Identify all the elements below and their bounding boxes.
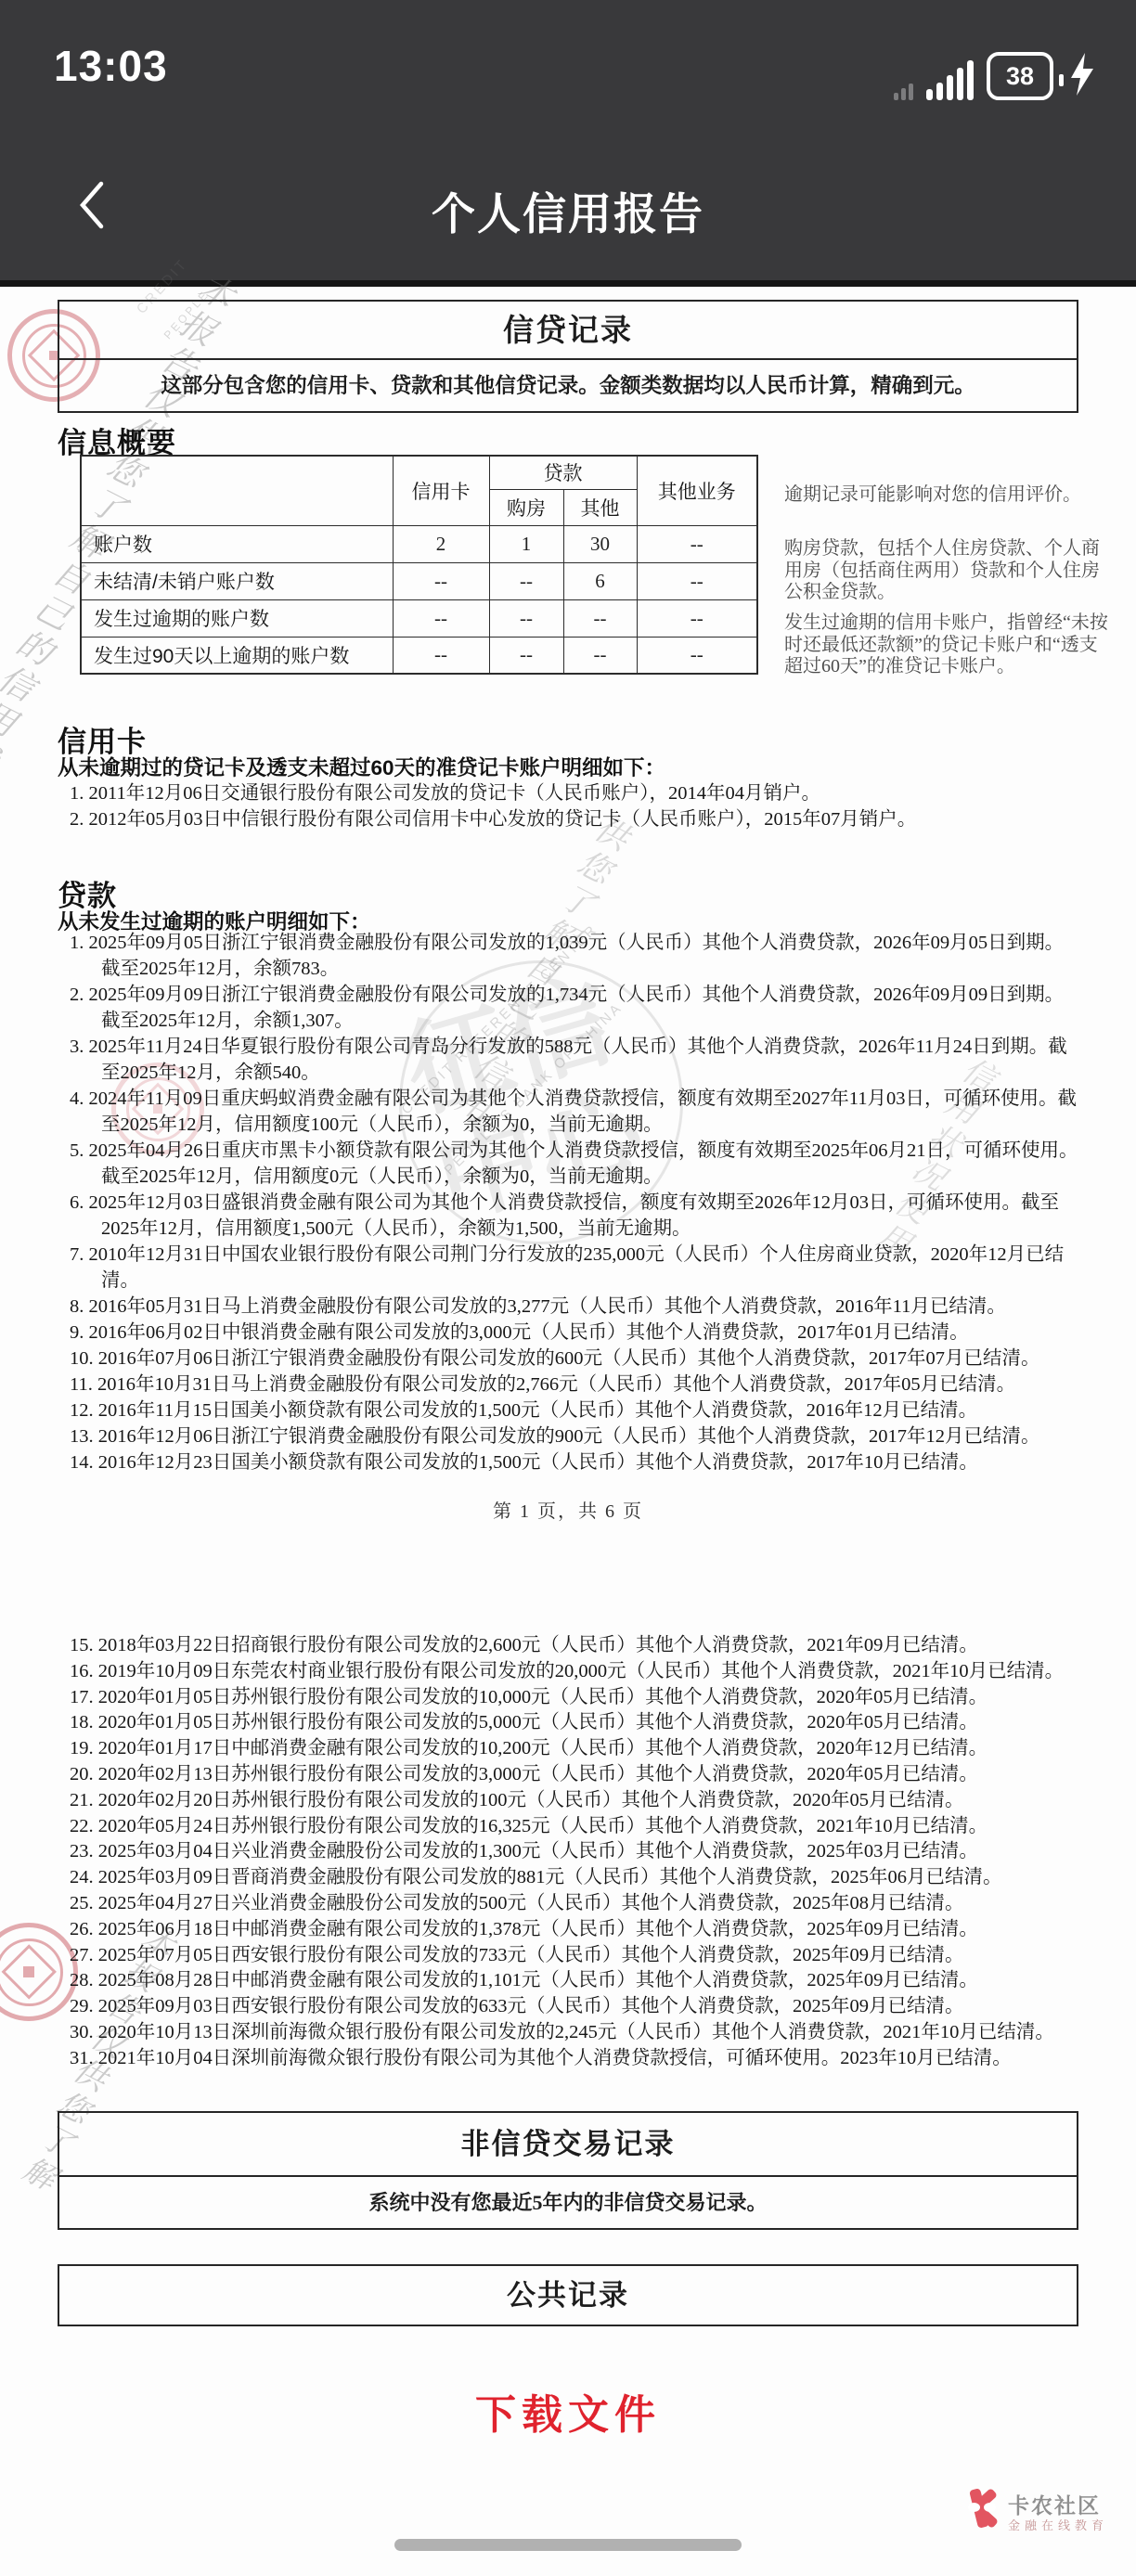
- status-and-nav-header: 13:03 38 个人信用报告: [0, 0, 1136, 280]
- list-item: 7. 2010年12月31日中国农业银行股份有限公司荆门分行发放的235,000…: [70, 1242, 1079, 1294]
- list-item: 2. 2012年05月03日中信银行股份有限公司信用卡中心发放的贷记卡（人民币账…: [70, 806, 1079, 832]
- non-credit-box: 非信贷交易记录 系统中没有您最近5年内的非信贷交易记录。: [58, 2111, 1078, 2230]
- table-row: 未结清/未销户账户数 -- -- 6 --: [81, 562, 757, 599]
- col-other-biz: 其他业务: [637, 456, 757, 525]
- cell-value: 2: [393, 525, 489, 562]
- summary-note: 逾期记录可能影响对您的信用评价。: [784, 484, 1111, 507]
- credit-records-desc: 这部分包含您的信用卡、贷款和其他信贷记录。金额类数据均以人民币计算，精确到元。: [59, 360, 1077, 411]
- list-item: 27. 2025年07月05日西安银行股份有限公司发放的733元（人民币）其他个…: [70, 1943, 1079, 1969]
- loan-list-page1: 1. 2025年09月05日浙江宁银消费金融股份有限公司发放的1,039元（人民…: [70, 930, 1079, 1475]
- row-label: 未结清/未销户账户数: [81, 562, 393, 599]
- secondary-signal-icon: [891, 84, 913, 100]
- list-item: 29. 2025年09月03日西安银行股份有限公司发放的633元（人民币）其他个…: [70, 1994, 1079, 2020]
- battery-icon: 38: [987, 52, 1053, 100]
- list-item: 18. 2020年01月05日苏州银行股份有限公司发放的5,000元（人民币）其…: [70, 1710, 1079, 1736]
- list-item: 12. 2016年11月15日国美小额贷款有限公司发放的1,500元（人民币）其…: [70, 1397, 1079, 1423]
- row-label: 发生过90天以上逾期的账户数: [81, 637, 393, 674]
- charging-bolt-icon: [1069, 53, 1095, 100]
- list-item: 8. 2016年05月31日马上消费金融股份有限公司发放的3,277元（人民币）…: [70, 1294, 1079, 1320]
- list-item: 1. 2025年09月05日浙江宁银消费金融股份有限公司发放的1,039元（人民…: [70, 930, 1079, 982]
- list-item: 5. 2025年04月26日重庆市黑卡小额贷款有限公司为其他个人消费贷款授信，额…: [70, 1138, 1079, 1190]
- list-item: 24. 2025年03月09日晋商消费金融股份有限公司发放的881元（人民币）其…: [70, 1865, 1079, 1891]
- brand-tagline: 金融在线教育: [1008, 2516, 1108, 2533]
- list-item: 9. 2016年06月02日中银消费金融有限公司发放的3,000元（人民币）其他…: [70, 1320, 1079, 1346]
- download-file-button[interactable]: 下载文件: [0, 2381, 1136, 2441]
- credit-records-box: 信贷记录 这部分包含您的信用卡、贷款和其他信贷记录。金额类数据均以人民币计算，精…: [58, 300, 1078, 413]
- list-item: 20. 2020年02月13日苏州银行股份有限公司发放的3,000元（人民币）其…: [70, 1762, 1079, 1788]
- cell-value: --: [393, 637, 489, 674]
- credit-card-intro: 从未逾期过的贷记卡及透支未超过60天的准贷记卡账户明细如下：: [58, 752, 665, 781]
- signal-strength-icon: [923, 60, 974, 100]
- list-item: 16. 2019年10月09日东莞农村商业银行股份有限公司发放的20,000元（…: [70, 1659, 1079, 1685]
- cell-value: --: [489, 637, 563, 674]
- col-loan-other: 其他: [563, 489, 637, 525]
- list-item: 15. 2018年03月22日招商银行股份有限公司发放的2,600元（人民币）其…: [70, 1633, 1079, 1659]
- list-item: 26. 2025年06月18日中邮消费金融有限公司发放的1,378元（人民币）其…: [70, 1917, 1079, 1943]
- list-item: 10. 2016年07月06日浙江宁银消费金融股份有限公司发放的600元（人民币…: [70, 1346, 1079, 1372]
- cell-value: --: [637, 525, 757, 562]
- status-icons: 38: [891, 48, 1095, 100]
- summary-note: 发生过逾期的信用卡账户，指曾经“未按时还最低还款额”的贷记卡账户和“透支超过60…: [784, 612, 1111, 678]
- list-item: 14. 2016年12月23日国美小额贷款有限公司发放的1,500元（人民币）其…: [70, 1449, 1079, 1475]
- non-credit-desc: 系统中没有您最近5年内的非信贷交易记录。: [59, 2177, 1077, 2228]
- list-item: 25. 2025年04月27日兴业消费金融股份公司发放的500元（人民币）其他个…: [70, 1891, 1079, 1917]
- list-item: 11. 2016年10月31日马上消费金融股份有限公司发放的2,766元（人民币…: [70, 1372, 1079, 1397]
- table-row: 账户数 2 1 30 --: [81, 525, 757, 562]
- red-seal-stamp-bottom: [0, 1923, 78, 2021]
- battery-percent: 38: [1006, 62, 1034, 91]
- public-records-box: 公共记录: [58, 2264, 1078, 2326]
- row-label: 账户数: [81, 525, 393, 562]
- col-loan-house: 购房: [489, 489, 563, 525]
- cell-value: --: [563, 637, 637, 674]
- list-item: 3. 2025年11月24日华夏银行股份有限公司青岛分行发放的588元（人民币）…: [70, 1034, 1079, 1086]
- list-item: 19. 2020年01月17日中邮消费金融有限公司发放的10,200元（人民币）…: [70, 1736, 1079, 1762]
- list-item: 2. 2025年09月09日浙江宁银消费金融股份有限公司发放的1,734元（人民…: [70, 982, 1079, 1034]
- kanong-brand-watermark: 卡农社区 金融在线教育: [965, 2487, 1114, 2535]
- list-item: 22. 2020年05月24日苏州银行股份有限公司发放的16,325元（人民币）…: [70, 1814, 1079, 1840]
- summary-note: 购房贷款，包括个人住房贷款、个人商用房（包括商住两用）贷款和个人住房公积金贷款。: [784, 538, 1111, 604]
- list-item: 30. 2020年10月13日深圳前海微众银行股份有限公司发放的2,245元（人…: [70, 2020, 1079, 2046]
- list-item: 13. 2016年12月06日浙江宁银消费金融股份有限公司发放的900元（人民币…: [70, 1423, 1079, 1449]
- public-records-title: 公共记录: [59, 2266, 1077, 2325]
- cell-value: --: [393, 599, 489, 637]
- cell-value: --: [489, 562, 563, 599]
- list-item: 17. 2020年01月05日苏州银行股份有限公司发放的10,000元（人民币）…: [70, 1685, 1079, 1711]
- non-credit-title: 非信贷交易记录: [59, 2113, 1077, 2175]
- cell-value: --: [489, 599, 563, 637]
- list-item: 28. 2025年08月28日中邮消费金融有限公司发放的1,101元（人民币）其…: [70, 1968, 1079, 1994]
- kanong-logo-icon: [965, 2489, 1000, 2528]
- battery-nub: [1059, 74, 1064, 86]
- loan-list-page2: 15. 2018年03月22日招商银行股份有限公司发放的2,600元（人民币）其…: [70, 1633, 1079, 2072]
- list-item: 4. 2024年11月09日重庆蚂蚁消费金融有限公司为其他个人消费贷款授信，额度…: [70, 1086, 1079, 1138]
- home-indicator[interactable]: [394, 2539, 742, 2551]
- cell-value: 6: [563, 562, 637, 599]
- credit-records-title: 信贷记录: [59, 302, 1077, 358]
- cell-value: --: [637, 637, 757, 674]
- cell-value: --: [637, 562, 757, 599]
- list-item: 21. 2020年02月20日苏州银行股份有限公司发放的100元（人民币）其他个…: [70, 1788, 1079, 1814]
- list-item: 31. 2021年10月04日深圳前海微众银行股份有限公司为其他个人消费贷款授信…: [70, 2046, 1079, 2072]
- list-item: 23. 2025年03月04日兴业消费金融股份公司发放的1,300元（人民币）其…: [70, 1839, 1079, 1865]
- status-time: 13:03: [54, 41, 168, 91]
- summary-table-corner: [81, 456, 393, 525]
- credit-card-list: 1. 2011年12月06日交通银行股份有限公司发放的贷记卡（人民币账户），20…: [70, 780, 1079, 832]
- col-loan: 贷款: [489, 456, 637, 489]
- header-divider: [0, 280, 1136, 287]
- list-item: 6. 2025年12月03日盛银消费金融有限公司为其他个人消费贷款授信，额度有效…: [70, 1190, 1079, 1242]
- summary-table: 信用卡 贷款 其他业务 购房 其他 账户数 2 1 30 -- 未结清/未销户账…: [80, 455, 758, 675]
- cell-value: --: [637, 599, 757, 637]
- cell-value: --: [393, 562, 489, 599]
- row-label: 发生过逾期的账户数: [81, 599, 393, 637]
- page-title: 个人信用报告: [0, 180, 1136, 242]
- credit-report-screen: 13:03 38 个人信用报告: [0, 0, 1136, 2576]
- cell-value: 30: [563, 525, 637, 562]
- page-footer: 第 1 页，共 6 页: [0, 1496, 1136, 1523]
- cell-value: --: [563, 599, 637, 637]
- col-credit-card: 信用卡: [393, 456, 489, 525]
- table-row: 发生过逾期的账户数 -- -- -- --: [81, 599, 757, 637]
- cell-value: 1: [489, 525, 563, 562]
- list-item: 1. 2011年12月06日交通银行股份有限公司发放的贷记卡（人民币账户），20…: [70, 780, 1079, 806]
- table-row: 发生过90天以上逾期的账户数 -- -- -- --: [81, 637, 757, 674]
